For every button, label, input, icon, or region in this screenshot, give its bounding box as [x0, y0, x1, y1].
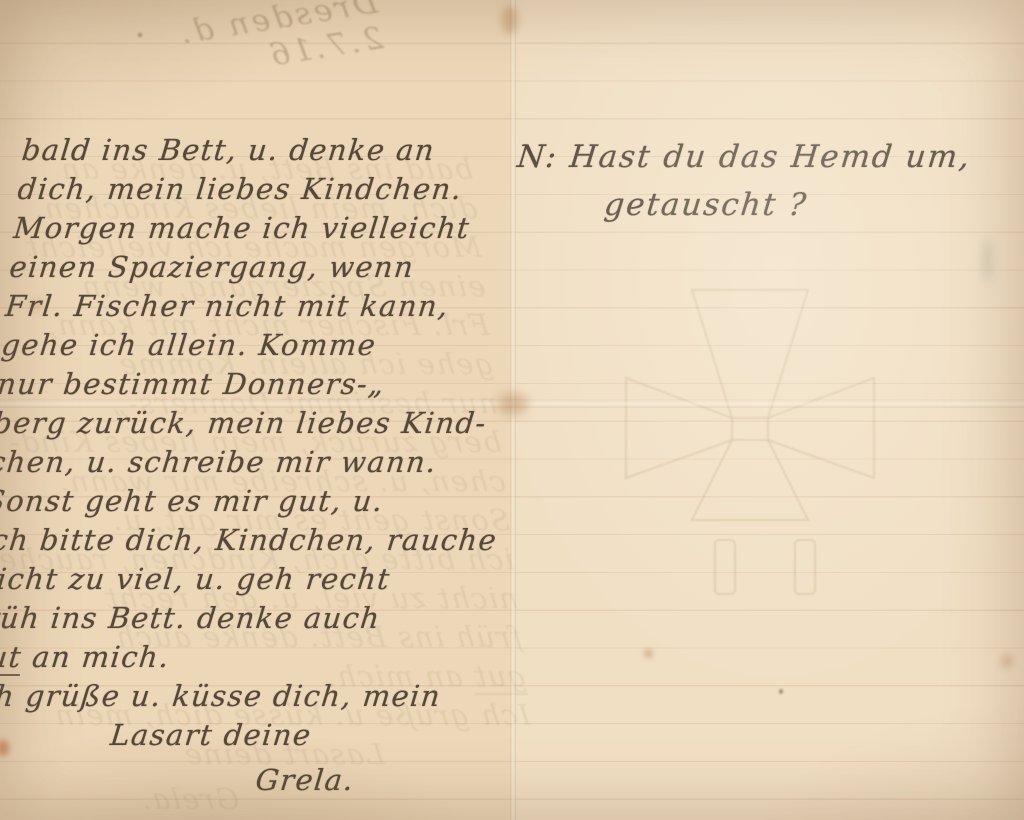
- handwriting-line: N: Hast du das Hemd um,: [515, 133, 1000, 181]
- handwriting-line: Lasart deine: [108, 716, 454, 755]
- underlined-word: gut: [0, 640, 24, 676]
- handwriting-line: Sonst geht es mir gut, u.: [0, 482, 479, 521]
- handwriting-line: gut an mich.: [0, 638, 463, 677]
- handwriting-line: chen, u. schreibe mir wann.: [0, 443, 483, 482]
- handwriting-line: bald ins Bett, u. denke an: [20, 131, 516, 170]
- handwriting-line: früh ins Bett. denke auch: [0, 599, 467, 638]
- handwriting-line: einen Spaziergang, wenn: [8, 248, 504, 287]
- handwriting-line: dich, mein liebes Kindchen.: [16, 170, 512, 209]
- handwriting-line: Morgen mache ich vielleicht: [12, 209, 508, 248]
- handwriting-line: gehe ich allein. Komme: [0, 326, 496, 365]
- handwriting-line: ich bitte dich, Kindchen, rauche: [0, 521, 475, 560]
- handwriting-line: Frl. Fischer nicht mit kann,: [4, 287, 500, 326]
- handwriting-line: Ich grüße u. küsse dich, mein: [0, 677, 459, 716]
- letter-scan: Dresden d. 2.7.16 bald ins Bett, u. denk…: [0, 0, 1024, 820]
- letter-page-right: [513, 0, 1024, 820]
- left-page-handwriting: bald ins Bett, u. denke andich, mein lie…: [0, 131, 516, 800]
- handwriting-line: Grela.: [254, 761, 450, 800]
- handwriting-line: berg zurück, mein liebes Kind-: [0, 404, 487, 443]
- handwriting-line: getauscht ?: [602, 181, 995, 229]
- handwriting-line: nur bestimmt Donners-„: [0, 365, 491, 404]
- handwriting-line: nicht zu viel, u. geh recht: [0, 560, 471, 599]
- right-page-postscript: N: Hast du das Hemd um,getauscht ?: [510, 133, 1000, 229]
